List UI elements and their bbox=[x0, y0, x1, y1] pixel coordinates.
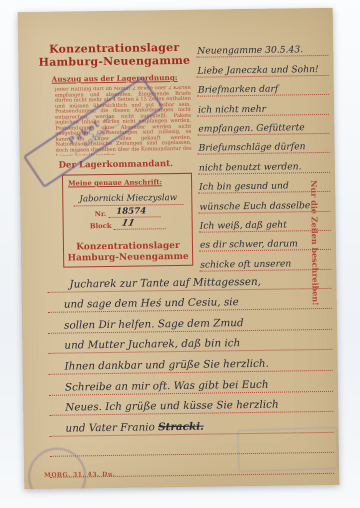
prisoner-number-handwritten: 18574 bbox=[116, 206, 146, 216]
ruled-line: ich nicht mehr bbox=[197, 95, 329, 116]
handwritten-line: wünsche Euch dasselbe. bbox=[199, 200, 313, 213]
handwritten-line: Ich bin gesund und bbox=[199, 181, 289, 193]
regulations-title: Auszug aus der Lagerordnung: bbox=[35, 73, 195, 84]
sender-address-box: Meine genaue Anschrift: Jabornicki Miecz… bbox=[62, 173, 193, 268]
address-camp-name: Konzentrationslager Hamburg-Neuengamme bbox=[64, 241, 192, 264]
form-header: Konzentrationslager Hamburg-Neuengamme bbox=[34, 41, 194, 69]
handwritten-line: es dir schwer, darum bbox=[200, 239, 298, 251]
ruled-line: Neuengamme 30.5.43. bbox=[196, 37, 328, 58]
prisoner-number-row: Nr. 18574 bbox=[63, 207, 191, 219]
ruled-line: Briefmarken darf bbox=[197, 76, 329, 97]
handwritten-line: ich nicht mehr bbox=[198, 103, 266, 115]
block-line: 11 bbox=[113, 219, 165, 230]
ruled-line: Briefumschläge dürfen bbox=[197, 134, 329, 155]
block-label: Block bbox=[90, 222, 112, 230]
block-row: Block 11 bbox=[64, 219, 192, 231]
handwritten-line: und sage dem Heś und Cesiu, sie bbox=[64, 296, 239, 310]
signature-prefix: und Vater Franio bbox=[65, 421, 158, 434]
ruled-line: empfangen. Gefütterte bbox=[197, 114, 329, 135]
handwritten-line: Ihnen dankbar und grüße Sie herzlich. bbox=[65, 358, 269, 373]
handwritten-line: Neues. Ich grüße und küsse Sie herzlich bbox=[65, 399, 279, 414]
signature-struck-surname: Stracki. bbox=[158, 420, 204, 433]
handwritten-line: und Mutter Jucharek, daß bin ich bbox=[64, 338, 240, 352]
handwritten-date: Neuengamme 30.5.43. bbox=[197, 45, 303, 57]
ruled-line: Liebe Janeczka und Sohn! bbox=[196, 56, 328, 77]
form-print-code: MORG. 31. 43. Du. bbox=[44, 471, 115, 479]
prisoner-name-handwritten: Jabornicki Mieczyslaw bbox=[73, 193, 183, 207]
handwritten-line: Briefumschläge dürfen bbox=[199, 142, 306, 154]
handwritten-line: Briefmarken darf bbox=[198, 84, 279, 96]
ruled-line: nicht benutzt werden. bbox=[198, 153, 330, 174]
handwritten-line: sollen Dir helfen. Sage dem Zmud bbox=[64, 317, 244, 332]
handwritten-greeting: Liebe Janeczka und Sohn! bbox=[197, 64, 318, 77]
handwritten-line: Jucharek zur Tante auf Mittagessen, bbox=[69, 275, 261, 290]
camp-letter-form: Konzentrationslager Hamburg-Neuengamme A… bbox=[18, 8, 340, 489]
address-label: Meine genaue Anschrift: bbox=[68, 178, 191, 188]
number-line: 18574 bbox=[108, 207, 160, 218]
address-camp-line2: Hamburg-Neuengamme bbox=[64, 251, 192, 263]
block-number-handwritten: 11 bbox=[120, 219, 135, 229]
handwritten-line: nicht benutzt werden. bbox=[199, 161, 302, 173]
faint-rectangular-stamp bbox=[237, 427, 338, 472]
number-label: Nr. bbox=[95, 210, 107, 218]
handwritten-line: empfangen. Gefütterte bbox=[198, 122, 304, 134]
handwritten-line: Schreibe an mir oft. Was gibt bei Euch bbox=[65, 378, 269, 393]
camp-name-line2: Hamburg-Neuengamme bbox=[34, 54, 194, 69]
handwritten-line: Ich weiß, daß geht bbox=[200, 219, 287, 231]
handwritten-signature: und Vater Franio Stracki. bbox=[65, 420, 203, 434]
